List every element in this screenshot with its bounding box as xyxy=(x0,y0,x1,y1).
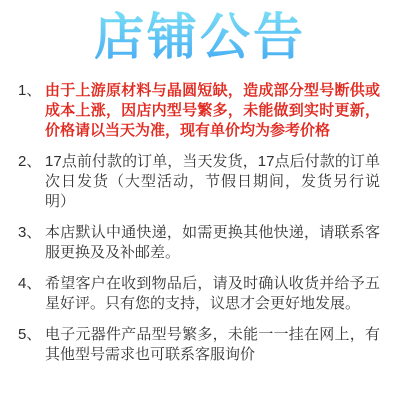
item-number: 4、 xyxy=(18,274,45,294)
notice-list: 1、由于上游原材料与晶圆短缺，造成部分型号断供或成本上涨，因店内型号繁多，未能做… xyxy=(0,81,400,365)
item-text: 本店默认中通快递，如需更换其他快递，请联系客服更换及及补邮差。 xyxy=(45,223,380,263)
item-number: 3、 xyxy=(18,223,45,243)
item-text: 希望客户在收到物品后，请及时确认收货并给予五星好评。只有您的支持，议思才会更好地… xyxy=(45,274,380,314)
item-number: 1、 xyxy=(18,81,45,101)
notice-item: 3、本店默认中通快递，如需更换其他快递，请联系客服更换及及补邮差。 xyxy=(18,223,380,263)
item-text: 17点前付款的订单，当天发货，17点后付款的订单次日发货（大型活动，节假日期间，… xyxy=(45,152,380,212)
notice-item: 4、希望客户在收到物品后，请及时确认收货并给予五星好评。只有您的支持，议思才会更… xyxy=(18,274,380,314)
item-text: 电子元器件产品型号繁多，未能一一挂在网上，有其他型号需求也可联系客服询价 xyxy=(45,325,380,365)
page-title: 店铺公告 xyxy=(0,6,400,68)
notice-item: 2、17点前付款的订单，当天发货，17点后付款的订单次日发货（大型活动，节假日期… xyxy=(18,152,380,212)
notice-item: 5、电子元器件产品型号繁多，未能一一挂在网上，有其他型号需求也可联系客服询价 xyxy=(18,325,380,365)
item-number: 5、 xyxy=(18,325,45,345)
notice-item: 1、由于上游原材料与晶圆短缺，造成部分型号断供或成本上涨，因店内型号繁多，未能做… xyxy=(18,81,380,141)
item-number: 2、 xyxy=(18,152,45,172)
store-notice-page: 店铺公告 1、由于上游原材料与晶圆短缺，造成部分型号断供或成本上涨，因店内型号繁… xyxy=(0,0,400,400)
item-text: 由于上游原材料与晶圆短缺，造成部分型号断供或成本上涨，因店内型号繁多，未能做到实… xyxy=(45,81,380,141)
